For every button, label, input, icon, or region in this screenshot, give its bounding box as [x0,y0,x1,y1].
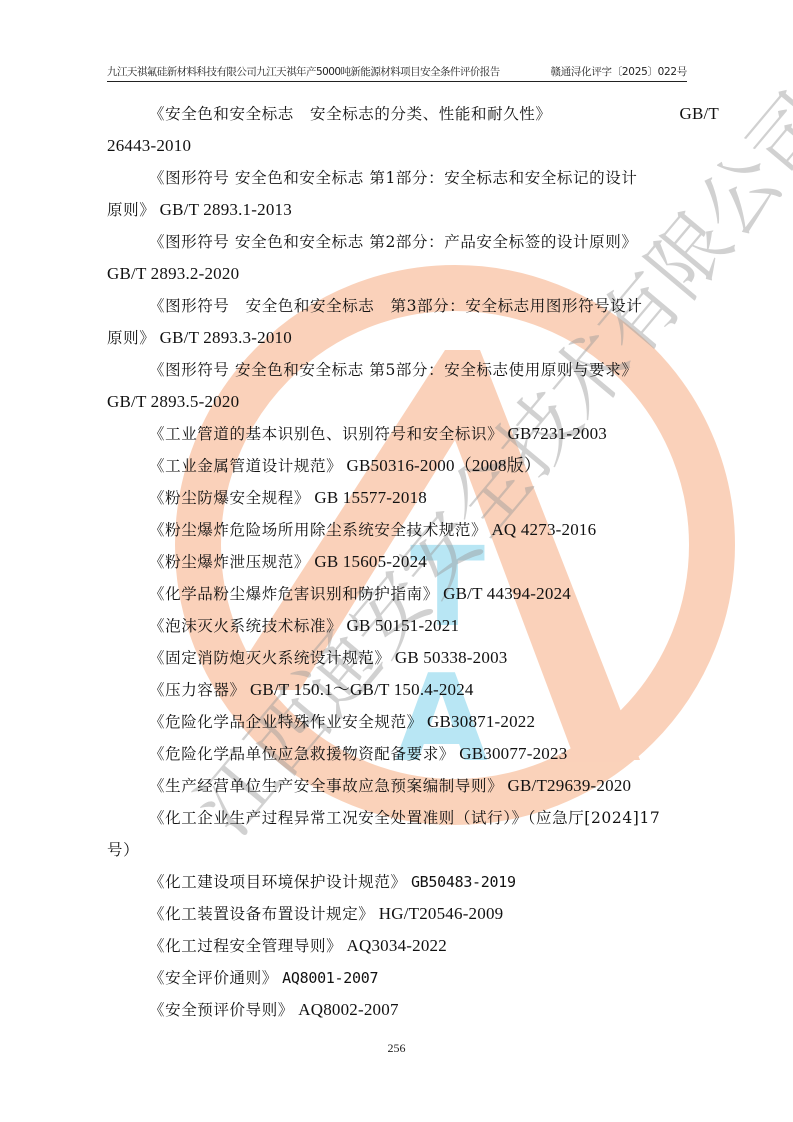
list-item-continuation: 26443-2010 [107,130,719,162]
standard-code: AQ 4273-2016 [491,520,596,539]
list-item: 《粉尘爆炸泄压规范》 GB 15605-2024 [107,546,719,578]
header-document-number: 赣通浔化评字〔2025〕022号 [551,64,687,80]
header-report-title: 九江天祺氟硅新材料科技有限公司九江天祺年产5000吨新能源材料项目安全条件评价报… [107,64,500,80]
list-item: 《化工企业生产过程异常工况安全处置准则（试行）》（应急厅[2024]17 [107,802,719,834]
standard-title: 《安全预评价导则》 [149,1001,294,1019]
standard-title: 《危险化学品企业特殊作业安全规范》 [149,713,423,731]
list-item-continuation: 号） [107,834,719,866]
running-header: 九江天祺氟硅新材料科技有限公司九江天祺年产5000吨新能源材料项目安全条件评价报… [107,63,687,82]
standard-code: GB/T 2893.5-2020 [107,392,239,411]
standard-title: 《粉尘爆炸危险场所用除尘系统安全技术规范》 [149,521,487,539]
standard-code: GB/T 44394-2024 [443,584,571,603]
list-item: 《粉尘防爆安全规程》 GB 15577-2018 [107,482,719,514]
standard-code: GB/T 2893.1-2013 [160,200,292,219]
standard-code: GB/T [679,98,719,130]
standard-title: 《图形符号 安全色和安全标志 第1部分：安全标志和安全标记的设计 [149,169,637,187]
standard-title: 《工业金属管道设计规范》 [149,457,342,475]
list-item: 《粉尘爆炸危险场所用除尘系统安全技术规范》 AQ 4273-2016 [107,514,719,546]
list-item-continuation: GB/T 2893.2-2020 [107,258,719,290]
list-item: 《图形符号 安全色和安全标志 第2部分：产品安全标签的设计原则》 [107,226,719,258]
standard-title: 号） [107,841,139,859]
list-item: 《化工建设项目环境保护设计规范》 GB50483-2019 [107,866,719,898]
reference-standards-list: 《安全色和安全标志 安全标志的分类、性能和耐久性》 GB/T 26443-201… [107,98,719,1026]
standard-title: 《化工过程安全管理导则》 [149,937,342,955]
list-item: 《化工装置设备布置设计规定》 HG/T20546-2009 [107,898,719,930]
standard-code: GB 50338-2003 [395,648,508,667]
list-item-continuation: GB/T 2893.5-2020 [107,386,719,418]
standard-title: 《固定消防炮灭火系统设计规范》 [149,649,391,667]
standard-title: 《安全色和安全标志 安全标志的分类、性能和耐久性》 [149,98,552,130]
list-item: 《图形符号 安全色和安全标志 第5部分：安全标志使用原则与要求》 [107,354,719,386]
standard-code: AQ8001-2007 [282,969,378,987]
standard-title: 《化工建设项目环境保护设计规范》 [149,873,407,891]
standard-code: GB30077-2023 [459,744,567,763]
standard-code: GB50316-2000（2008版） [347,456,542,475]
standard-title: 《生产经营单位生产安全事故应急预案编制导则》 [149,777,503,795]
standard-title: 《化工装置设备布置设计规定》 [149,905,374,923]
standard-code: 26443-2010 [107,136,191,155]
page-number: 256 [0,1041,793,1056]
standard-title: 《危险化学品单位应急救援物资配备要求》 [149,745,455,763]
list-item: 《安全色和安全标志 安全标志的分类、性能和耐久性》 GB/T [107,98,719,130]
standard-title: 《图形符号 安全色和安全标志 第5部分：安全标志使用原则与要求》 [149,361,637,379]
standard-title: 《粉尘爆炸泄压规范》 [149,553,310,571]
standard-code: GB/T 2893.3-2010 [160,328,292,347]
standard-code: GB7231-2003 [508,424,607,443]
list-item: 《生产经营单位生产安全事故应急预案编制导则》 GB/T29639-2020 [107,770,719,802]
list-item: 《危险化学品单位应急救援物资配备要求》 GB30077-2023 [107,738,719,770]
standard-title: 《粉尘防爆安全规程》 [149,489,310,507]
standard-code: GB/T29639-2020 [508,776,632,795]
standard-title: 原则》 [107,329,155,347]
list-item: 《危险化学品企业特殊作业安全规范》 GB30871-2022 [107,706,719,738]
standard-title: 《化工企业生产过程异常工况安全处置准则（试行）》（应急厅[2024]17 [149,809,660,827]
standard-title: 《图形符号 安全色和安全标志 第3部分：安全标志用图形符号设计 [149,297,642,315]
list-item: 《安全评价通则》 AQ8001-2007 [107,962,719,994]
list-item: 《工业管道的基本识别色、识别符号和安全标识》 GB7231-2003 [107,418,719,450]
standard-code: GB 15577-2018 [314,488,427,507]
standard-code: GB 50151-2021 [347,616,460,635]
list-item: 《化工过程安全管理导则》 AQ3034-2022 [107,930,719,962]
standard-code: GB/T 2893.2-2020 [107,264,239,283]
list-item: 《图形符号 安全色和安全标志 第1部分：安全标志和安全标记的设计 [107,162,719,194]
standard-title: 《泡沫灭火系统技术标准》 [149,617,342,635]
standard-code: HG/T20546-2009 [379,904,504,923]
standard-title: 《安全评价通则》 [149,969,278,987]
standard-title: 原则》 [107,201,155,219]
list-item: 《化学品粉尘爆炸危害识别和防护指南》 GB/T 44394-2024 [107,578,719,610]
standard-code: AQ3034-2022 [347,936,447,955]
standard-title: 《图形符号 安全色和安全标志 第2部分：产品安全标签的设计原则》 [149,233,637,251]
standard-code: GB 15605-2024 [314,552,427,571]
list-item-continuation: 原则》 GB/T 2893.1-2013 [107,194,719,226]
standard-title: 《压力容器》 [149,681,246,699]
list-item: 《泡沫灭火系统技术标准》 GB 50151-2021 [107,610,719,642]
list-item: 《工业金属管道设计规范》 GB50316-2000（2008版） [107,450,719,482]
standard-code: AQ8002-2007 [298,1000,398,1019]
standard-title: 《工业管道的基本识别色、识别符号和安全标识》 [149,425,503,443]
list-item-continuation: 原则》 GB/T 2893.3-2010 [107,322,719,354]
standard-code: GB30871-2022 [427,712,535,731]
list-item: 《图形符号 安全色和安全标志 第3部分：安全标志用图形符号设计 [107,290,719,322]
standard-code: GB50483-2019 [411,873,516,891]
list-item: 《固定消防炮灭火系统设计规范》 GB 50338-2003 [107,642,719,674]
list-item: 《安全预评价导则》 AQ8002-2007 [107,994,719,1026]
standard-title: 《化学品粉尘爆炸危害识别和防护指南》 [149,585,439,603]
standard-code: GB/T 150.1～GB/T 150.4-2024 [250,680,474,699]
list-item: 《压力容器》 GB/T 150.1～GB/T 150.4-2024 [107,674,719,706]
